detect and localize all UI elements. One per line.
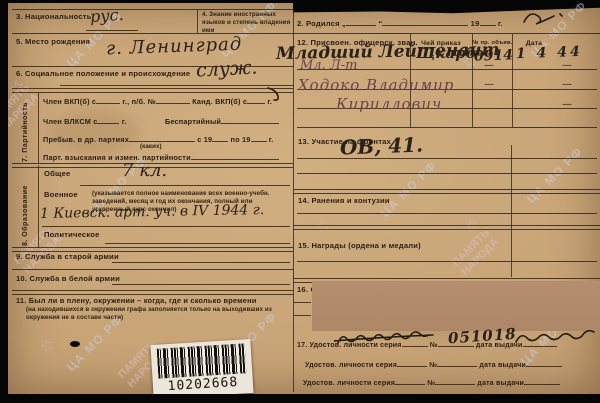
- table-dash: —: [484, 79, 494, 90]
- rule-line: [12, 269, 293, 270]
- year-suffix: г.: [269, 135, 274, 144]
- cell-divider: [38, 165, 39, 248]
- identity-doc-label: Удостов. личности серия: [305, 362, 397, 369]
- political-education-label: Политическое: [44, 231, 100, 240]
- rule-line: [297, 213, 597, 214]
- to-year-label: по 19: [231, 135, 251, 144]
- born-row: 2. Родился „ “ 19 г.: [297, 18, 503, 29]
- vlksm-member-label: Член ВЛКСМ с: [43, 117, 97, 126]
- social-status-value-handwriting: служ.: [195, 56, 257, 81]
- rule-line: [60, 85, 293, 86]
- ink-blot: [70, 341, 80, 347]
- rule-line: [293, 33, 600, 34]
- table-dash: —: [484, 60, 494, 71]
- pow-label: 11. Был ли в плену, окружении – когда, г…: [16, 297, 257, 306]
- nationality-value-handwriting: рус.: [89, 5, 124, 26]
- non-party-label: Беспартийный: [165, 117, 221, 126]
- rule-line: [297, 173, 597, 174]
- social-status-label: 6. Социальное положение и происхождение: [16, 70, 190, 79]
- year-suffix: г.: [498, 19, 503, 28]
- rule-line: [294, 302, 311, 303]
- rule-line: [12, 9, 293, 10]
- section-separator: [12, 290, 293, 295]
- personnel-record-card-scan: ЦА МО РФ ЦА МО РФ ЦА МО РФ ЦА МО РФ ЦА М…: [0, 0, 600, 403]
- section-separator: [293, 225, 600, 230]
- table-dash: —: [562, 60, 572, 71]
- redaction-block: [312, 281, 600, 331]
- pow-note: (на находившихся в окружении графа запол…: [26, 306, 288, 322]
- order-date-handwriting: 1 4 44: [516, 44, 583, 62]
- party-row-vkpb: Член ВКП(б) с г., п/б. № Канд. ВКП(б) с …: [43, 96, 272, 106]
- old-army-service-label: 9. Служба в старой армии: [16, 253, 119, 262]
- vkpb-candidate-label: Канд. ВКП(б) с: [192, 97, 247, 106]
- number-label: №: [427, 380, 435, 387]
- cell-divider: [38, 92, 39, 164]
- illegible-handwriting-scrawl: [520, 8, 566, 28]
- rule-line: [294, 315, 311, 316]
- patronymic-handwriting: Кириллович: [336, 95, 442, 113]
- cell-divider: [197, 9, 198, 33]
- illegible-handwriting-scrawl: [512, 326, 600, 350]
- which-parties-note: (каких): [140, 143, 162, 151]
- wounds-label: 14. Ранения и контузии: [298, 197, 390, 206]
- general-education-label: Общее: [44, 170, 70, 179]
- barcode-image: [157, 343, 247, 378]
- rule-line: [80, 185, 290, 186]
- foreign-languages-label: 4. Знание иностранных языков и степень в…: [202, 11, 292, 34]
- rule-line: [86, 30, 138, 31]
- issue-date-label: дата выдачи: [477, 380, 524, 387]
- year-prefix: 19: [471, 19, 480, 28]
- party-row-vlksm: Член ВЛКСМ с г. Беспартийный: [43, 116, 279, 126]
- name-handwriting: Ходоко Владимир: [298, 76, 454, 94]
- rank2-handwriting: Мл. Л-т: [300, 58, 357, 73]
- table-dash: —: [562, 79, 572, 90]
- illegible-handwriting-scrawl: [334, 327, 452, 351]
- identity-doc-label: Удостов. личности серия: [303, 380, 395, 387]
- awards-label: 15. Награды (ордена и медали): [298, 242, 421, 251]
- nationality-label: 3. Национальность: [16, 13, 92, 22]
- year-suffix: г.: [122, 117, 127, 126]
- party-book-no-label: г., п/б. №: [122, 97, 156, 106]
- military-education-label: Военное: [44, 191, 78, 200]
- issue-date-label: дата выдачи: [479, 362, 526, 369]
- rule-line: [12, 33, 293, 34]
- section-separator: [293, 189, 600, 194]
- barcode-sticker: 10202668: [150, 339, 253, 399]
- rule-line: [42, 226, 290, 227]
- birthplace-label: 5. Место рождения: [16, 38, 90, 47]
- section-separator: [12, 88, 293, 93]
- party-section-side-label: 7. Партийность: [22, 94, 29, 162]
- row-prefix: 17.: [297, 342, 307, 349]
- table-row-line: [297, 127, 597, 128]
- scan-edge-left: [0, 0, 8, 403]
- number-label: №: [429, 362, 437, 369]
- born-label: 2. Родился: [297, 19, 340, 28]
- vkpb-member-label: Член ВКП(б) с: [43, 97, 96, 106]
- education-section-side-label: 8. Образование: [22, 170, 29, 246]
- table-dash: —: [562, 99, 572, 110]
- general-education-value-handwriting: 7 кл.: [122, 160, 167, 181]
- rule-line: [297, 158, 597, 159]
- white-army-service-label: 10. Служба в белой армии: [16, 275, 120, 284]
- from-year-label: с 19: [197, 135, 212, 144]
- order-issuer-handwriting: Щкарб: [416, 44, 477, 62]
- scan-edge-bottom: [0, 394, 600, 403]
- party-penalties-label: Парт. взыскания и измен. партийности: [43, 153, 191, 162]
- rule-line: [105, 243, 290, 244]
- identity-doc-row-2: Удостов. личности серия № дата выдачи: [305, 359, 562, 370]
- rule-line: [112, 284, 290, 285]
- rule-line: [112, 262, 290, 263]
- identity-doc-row-3: Удостов. личности серия № дата выдачи: [303, 377, 560, 388]
- fronts-value-handwriting: ОВ, 41.: [340, 133, 424, 160]
- column-divider: [293, 10, 294, 392]
- rule-line: [297, 261, 597, 262]
- sub-column-divider: [511, 145, 512, 277]
- other-parties-label: Пребыв. в др. партиях: [43, 135, 129, 144]
- scan-edge-top: [8, 0, 300, 3]
- illegible-handwriting-scrawl: [262, 84, 288, 102]
